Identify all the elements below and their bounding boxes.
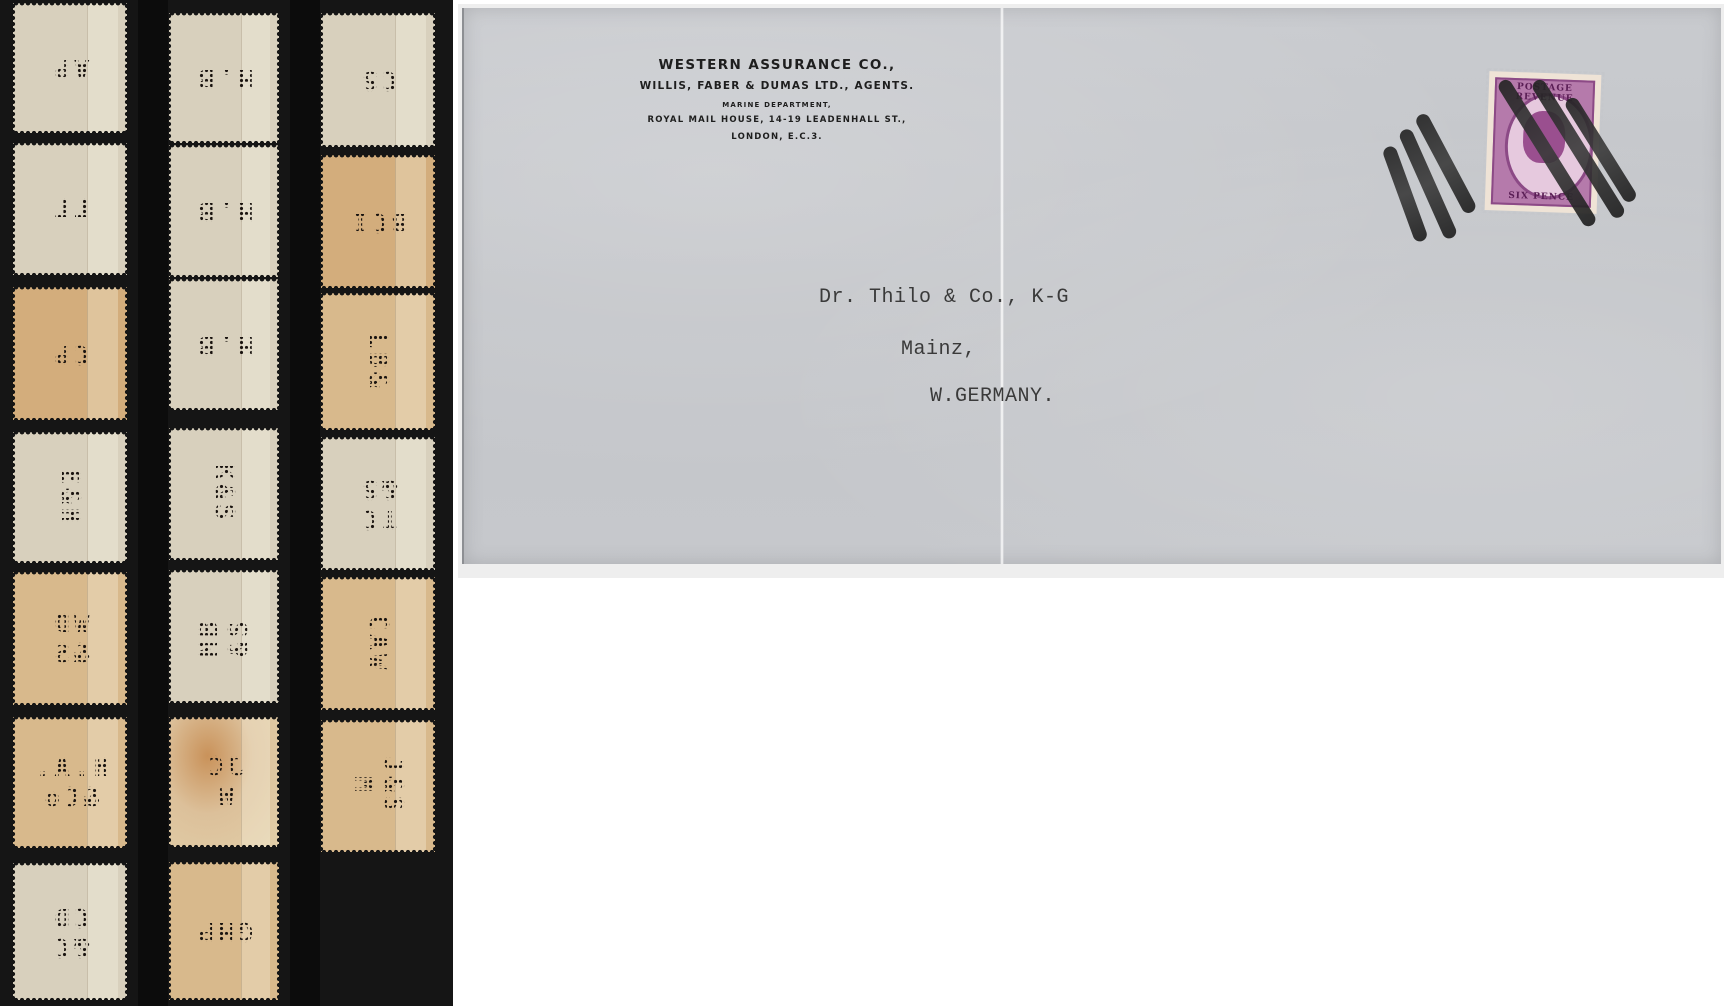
stamp-hinge [241,570,271,703]
perfin-initials: H.A. &Co [13,753,127,813]
stamp-hinge [395,577,426,710]
perfin-stamp: E&H [13,432,127,563]
perfin-stamp: CS [321,13,435,147]
letterhead-street: Royal Mail House, 14-19 Leadenhall St., [612,112,942,128]
perfin-stamp: CP [13,287,127,420]
stamp-hinge [241,862,271,1000]
perfin-initials: CP [13,339,127,369]
perfin-initials: AP [13,53,127,83]
perfin-stamp: JC W [169,717,279,847]
perfin-stamp: CAW [321,577,435,710]
perfin-initials: H.B [169,330,279,360]
stamp-hinge [395,293,426,430]
letterhead-department: Marine Department, [612,98,942,112]
stamp-hinge [87,143,118,275]
stamp-hinge [87,3,118,133]
perfin-initials: LB& [363,305,393,419]
perfin-initials: JC W [169,752,279,812]
stamp-hinge [241,279,271,410]
stamp-hinge [87,432,118,563]
perfin-initials: H.B [169,196,279,226]
stamp-hinge [395,720,426,852]
perfin-initials: MB &S [194,582,254,692]
perfin-initials: &C CD [13,902,127,962]
strip-divider [290,0,320,1006]
perfin-stamp: TC &S [321,437,435,570]
perfin-stamp: H.B [169,145,279,277]
envelope-cover: Western Assurance Co., Willis, Faber & D… [462,8,1721,564]
perfin-initials: CS [321,65,435,95]
stamp-hinge [395,155,426,288]
perfin-initials: LL [13,194,127,224]
perfin-stamp: BCI [321,155,435,288]
letterhead: Western Assurance Co., Willis, Faber & D… [612,54,942,146]
perfin-stamp: AP [13,3,127,133]
perfin-initials: GHP [169,916,279,946]
perfin-initials: E&H [55,441,85,555]
perfin-stamp: H.A. &Co [13,717,127,848]
stamp-hinge [241,717,271,847]
perfin-stamp: H.B [169,279,279,410]
perfin-stamp: H.B [169,13,279,143]
address-city: Mainz, [901,338,976,361]
stamp-hinge [87,287,118,420]
stamp-hinge [395,13,426,147]
stamp-hinge [241,145,271,277]
perfin-initials: H.B [169,63,279,93]
strip-divider [138,0,168,1006]
perfin-initials: BCI [321,207,435,237]
letterhead-agents: Willis, Faber & Dumas Ltd., Agents. [612,76,942,96]
perfin-initials: K&S [209,439,239,549]
perfin-stamp: K&S [169,428,279,560]
perfin-stamp: &C CD [13,863,127,1000]
perfin-initials: TC &S [321,474,435,534]
stamp-hinge [87,717,118,848]
perfin-stamp: J&S M [321,720,435,852]
perfin-stamp: LB& [321,293,435,430]
stamp-hinge [241,428,271,560]
perfin-stamp: GHP [169,862,279,1000]
perfin-initials: J&S M [348,729,408,843]
letterhead-city: London, E.C.3. [612,128,942,146]
stamp-hinge [241,13,271,143]
address-recipient: Dr. Thilo & Co., K-G [819,286,1069,309]
letterhead-company: Western Assurance Co., [612,54,942,76]
stamp-hinge [87,572,118,705]
perfin-initials: CAW [363,587,393,701]
stamp-hinge [395,437,426,570]
perfin-stamp: LL [13,143,127,275]
perfin-stamp: MB &S [169,570,279,703]
stamp-hinge [87,863,118,1000]
perfin-stamp: WD &S [13,572,127,705]
address-country: W.GERMANY. [930,385,1055,408]
perfin-initials: WD &S [13,609,127,669]
